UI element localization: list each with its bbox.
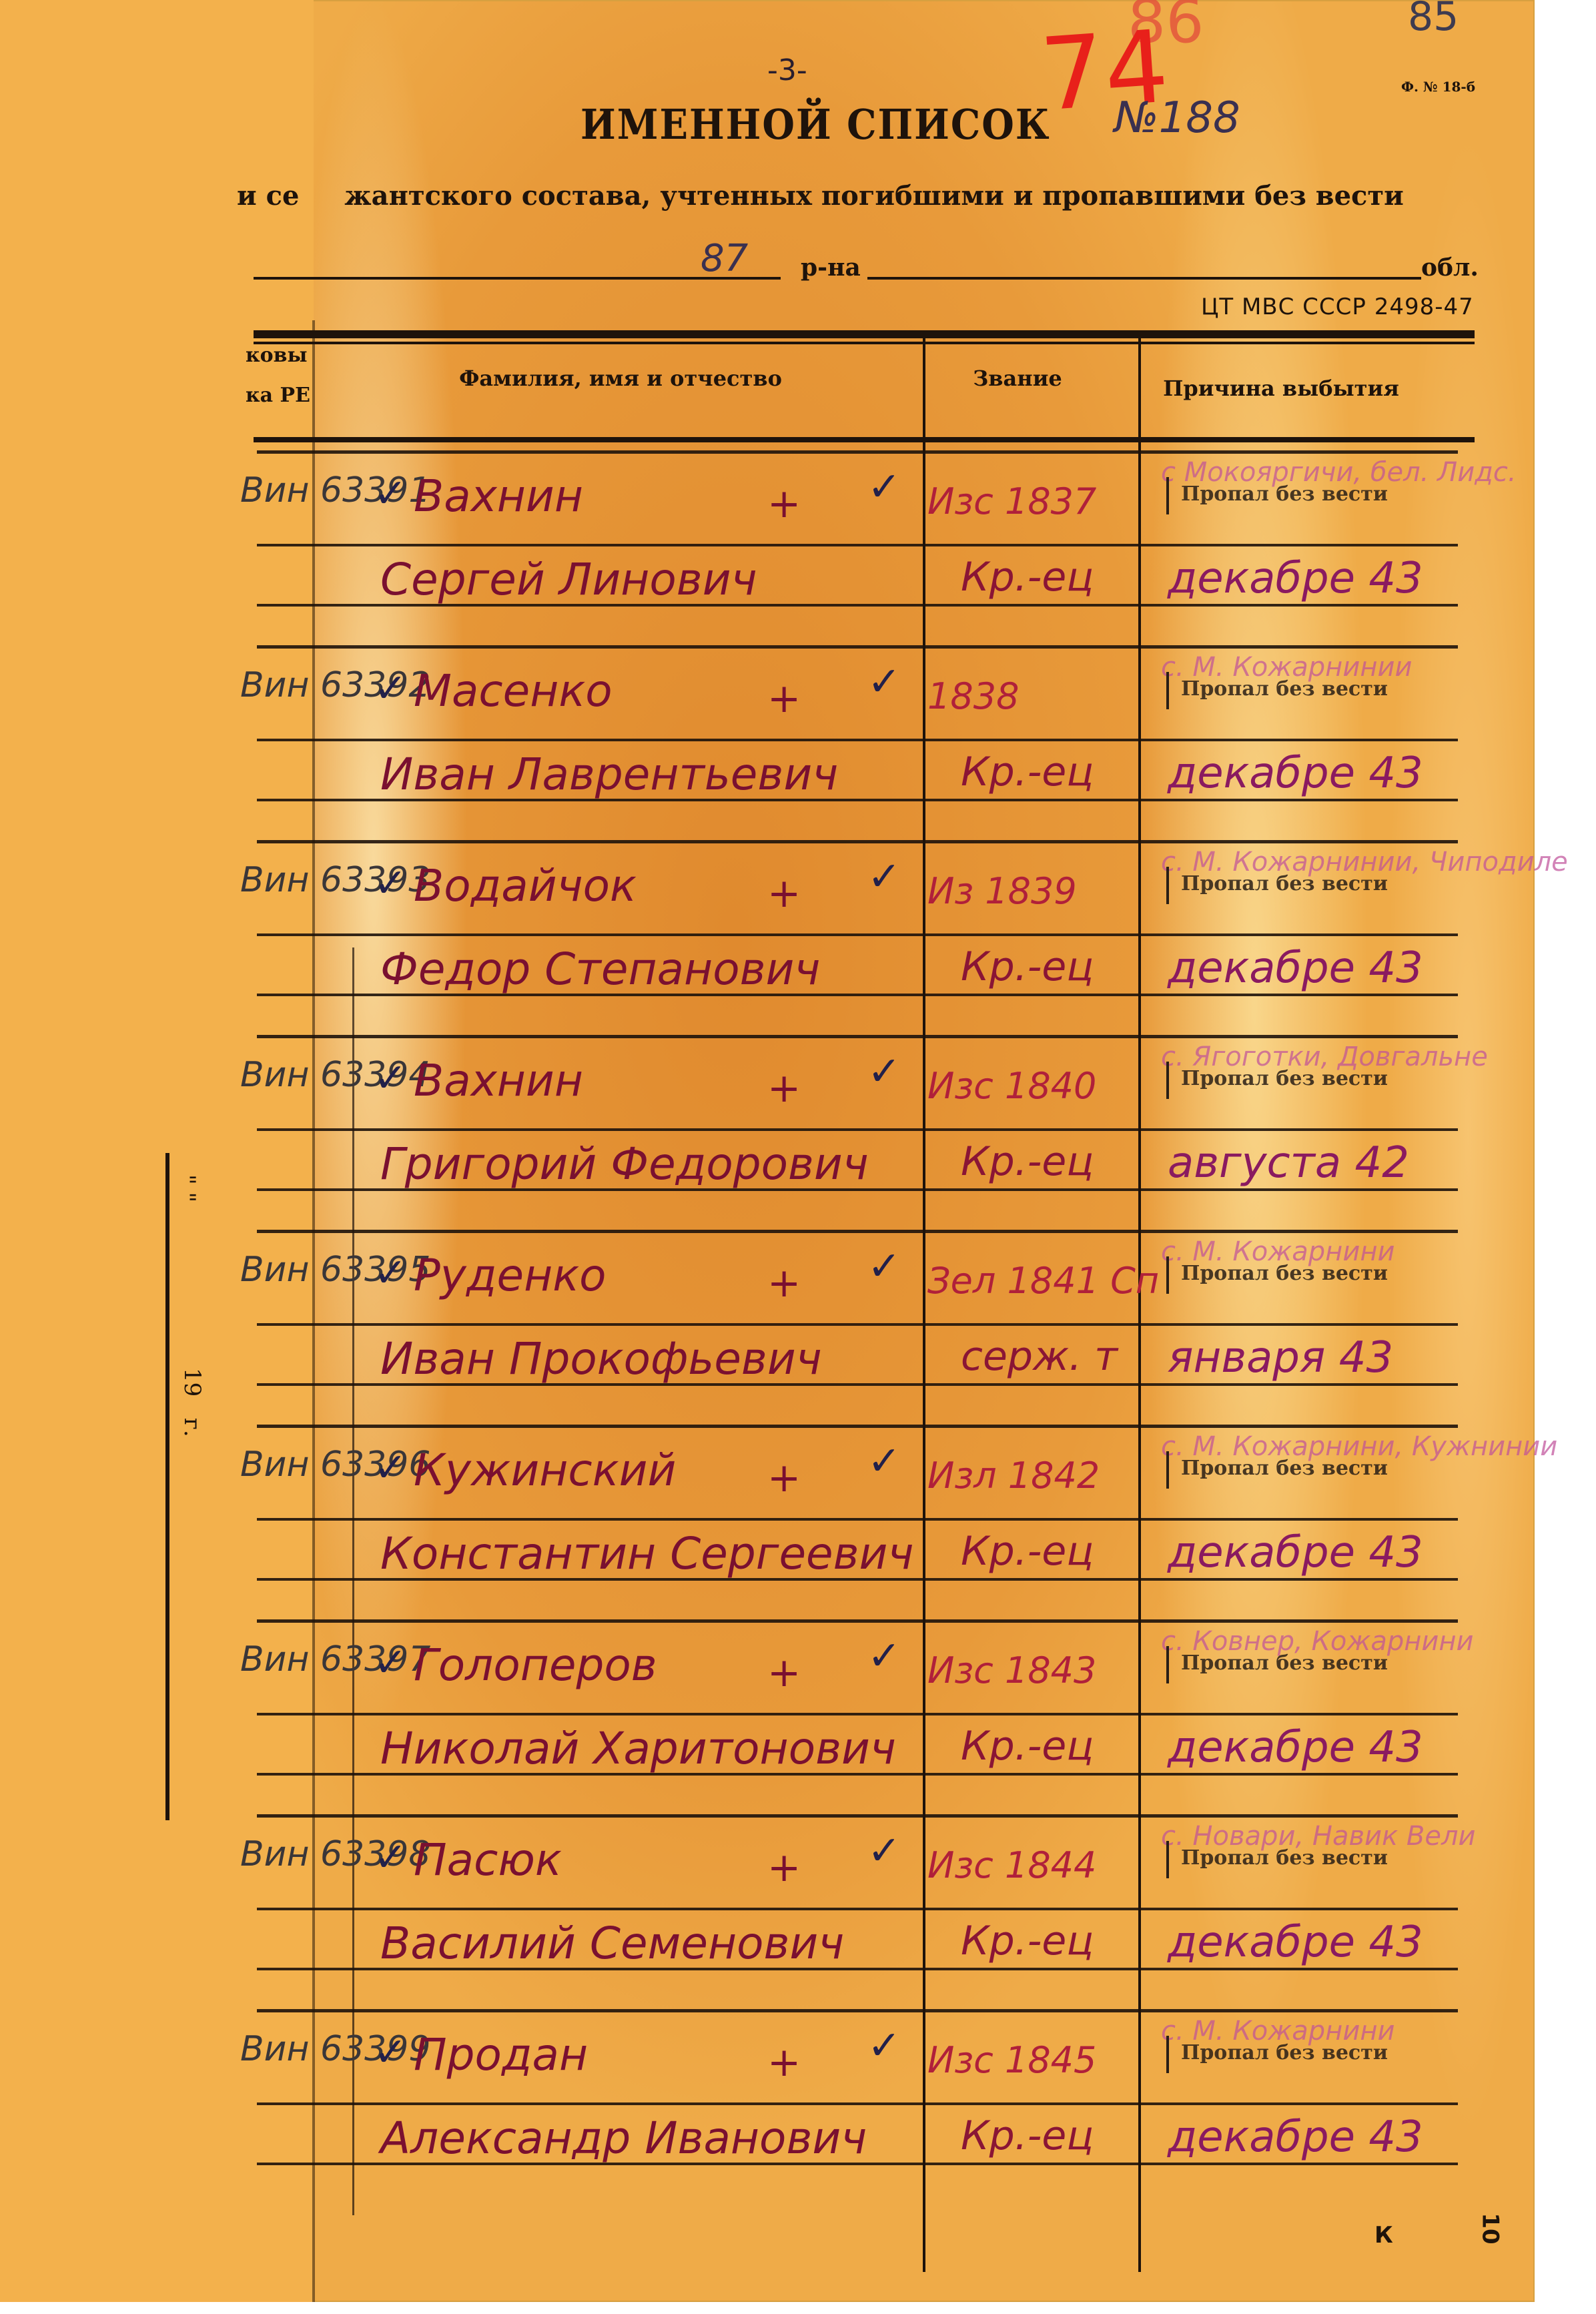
check-mark-icon: ✓ [867, 1633, 901, 1679]
given-name-patronymic: Александр Иванович [380, 2112, 867, 2164]
stamp-bracket [1166, 867, 1169, 904]
missing-date: декабре 43 [1168, 943, 1423, 993]
document-title: ИМЕННОЙ СПИСОК [580, 100, 1051, 149]
missing-date: декабре 43 [1168, 1918, 1423, 1967]
margin-vertical-line [165, 1153, 169, 1820]
missing-date: августа 42 [1168, 1138, 1409, 1188]
missing-date: декабре 43 [1168, 1723, 1423, 1772]
birth-year: Изс 1844 [927, 1844, 1096, 1886]
row-rule-mid [257, 2102, 1458, 2105]
corner-number: 85 [1408, 0, 1459, 40]
region-field-line [867, 277, 1421, 280]
rank: Кр.-ец [961, 1528, 1094, 1575]
row-rule-mid [257, 544, 1458, 546]
row-rule-top [257, 840, 1458, 843]
rank: Кр.-ец [961, 1918, 1094, 1964]
document-sheet: -3- 86 74 85 Ф. № 18-б ИМЕННОЙ СПИСОК №1… [0, 0, 1535, 2302]
cross-mark-icon: + [767, 1649, 801, 1696]
header-rule-bottom [254, 437, 1475, 442]
header-rule-top [254, 330, 1475, 338]
birth-year: Изс 1845 [927, 2039, 1096, 2081]
row-rule-top [257, 1035, 1458, 1038]
given-name-patronymic: Иван Лаврентьевич [380, 749, 838, 800]
surname: Водайчок [414, 860, 637, 911]
given-name-patronymic: Василий Семенович [380, 1918, 844, 1969]
footer-letter: К [1374, 2222, 1393, 2249]
surname: Кужинский [414, 1445, 676, 1496]
row-rule-mid [257, 739, 1458, 741]
header-rule-thin [254, 342, 1475, 344]
list-number: №188 [1114, 93, 1240, 143]
row-rule-top [257, 450, 1458, 454]
check-mark-icon: ✓ [867, 464, 901, 510]
margin-year-suffix: г. [179, 1418, 206, 1437]
check-mark-icon: ✓ [374, 1834, 407, 1881]
missing-stamp: Пропал без вести [1181, 677, 1388, 701]
left-col-head-1: ковы [246, 344, 308, 367]
row-rule-mid [257, 1323, 1458, 1326]
surname: Вахнин [414, 1055, 583, 1106]
surname: Вахнин [414, 470, 583, 522]
row-rule-top [257, 1619, 1458, 1623]
rank: Кр.-ец [961, 554, 1094, 601]
district-value: 87 [701, 237, 748, 280]
check-mark-icon: ✓ [374, 1445, 407, 1491]
rank: Кр.-ец [961, 2112, 1094, 2159]
check-mark-icon: ✓ [374, 665, 407, 712]
print-code: ЦТ МВС СССР 2498-47 [1201, 294, 1474, 320]
row-rule-top [257, 645, 1458, 649]
check-mark-icon: ✓ [374, 2029, 407, 2076]
check-mark-icon: ✓ [867, 1048, 901, 1095]
given-name-patronymic: Константин Сергеевич [380, 1528, 913, 1579]
check-mark-icon: ✓ [867, 1828, 901, 1874]
given-name-patronymic: Григорий Федорович [380, 1138, 869, 1190]
surname: Продан [414, 2029, 588, 2080]
check-mark-icon: ✓ [374, 860, 407, 907]
column-header-rank: Звание [921, 366, 1114, 391]
missing-stamp: Пропал без вести [1181, 2041, 1388, 2064]
missing-date: декабре 43 [1168, 749, 1423, 798]
region-label: обл. [1421, 254, 1479, 282]
check-mark-icon: ✓ [867, 1243, 901, 1290]
subtitle-text: жантского состава, учтенных погибшими и … [344, 180, 1404, 212]
cross-mark-icon: + [767, 675, 801, 722]
birth-year: Изс 1840 [927, 1065, 1096, 1107]
rank: Кр.-ец [961, 1723, 1094, 1770]
rank: Кр.-ец [961, 943, 1094, 990]
surname: Голоперов [414, 1639, 657, 1691]
district-label: р-на [801, 254, 861, 282]
check-mark-icon: ✓ [867, 2022, 901, 2069]
margin-year: 19 [179, 1368, 206, 1397]
subtitle-left-fragment: и се [237, 180, 299, 212]
row-rule-mid [257, 1908, 1458, 1910]
row-rule-mid [257, 1518, 1458, 1521]
column-divider-reason [1138, 337, 1141, 2272]
column-header-reason: Причина выбытия [1134, 376, 1428, 401]
check-mark-icon: ✓ [374, 1250, 407, 1296]
row-rule-top [257, 2009, 1458, 2012]
cross-mark-icon: + [767, 1844, 801, 1891]
given-name-patronymic: Николай Харитонович [380, 1723, 896, 1774]
check-mark-icon: ✓ [374, 1639, 407, 1686]
subtitle: и се жантского состава, учтенных погибши… [237, 180, 1404, 212]
birth-year: Из 1839 [927, 870, 1077, 912]
row-rule-top [257, 1814, 1458, 1818]
check-mark-icon: ✓ [374, 1055, 407, 1102]
birth-year: Зел 1841 Сп [927, 1260, 1159, 1302]
column-divider-left [352, 947, 354, 2215]
missing-stamp: Пропал без вести [1181, 1262, 1388, 1285]
cross-mark-icon: + [767, 1455, 801, 1501]
missing-stamp: Пропал без вести [1181, 482, 1388, 506]
page-edge [312, 320, 315, 2302]
stamp-bracket [1166, 1062, 1169, 1099]
missing-stamp: Пропал без вести [1181, 1846, 1388, 1870]
missing-stamp: Пропал без вести [1181, 872, 1388, 895]
check-mark-icon: ✓ [867, 853, 901, 900]
column-divider-rank [923, 337, 925, 2272]
row-rule-top [257, 1425, 1458, 1428]
cross-mark-icon: + [767, 480, 801, 527]
missing-date: декабре 43 [1168, 1528, 1423, 1577]
stamp-bracket [1166, 2036, 1169, 2073]
row-rule-mid [257, 1713, 1458, 1715]
page-number: -3- [767, 53, 807, 87]
rank: Кр.-ец [961, 749, 1094, 795]
footer-number: 10 [1477, 2213, 1504, 2244]
stamp-bracket [1166, 1256, 1169, 1294]
surname: Руденко [414, 1250, 607, 1301]
stamp-bracket [1166, 1451, 1169, 1489]
row-rule-top [257, 1230, 1458, 1233]
given-name-patronymic: Сергей Линович [380, 554, 757, 605]
given-name-patronymic: Федор Степанович [380, 943, 820, 995]
surname: Пасюк [414, 1834, 562, 1886]
cross-mark-icon: + [767, 2039, 801, 2086]
missing-stamp: Пропал без вести [1181, 1067, 1388, 1090]
missing-stamp: Пропал без вести [1181, 1651, 1388, 1675]
birth-year: Изс 1837 [927, 480, 1096, 522]
row-rule-mid [257, 1128, 1458, 1131]
stamp-bracket [1166, 672, 1169, 709]
stamp-bracket [1166, 477, 1169, 514]
missing-date: декабре 43 [1168, 2112, 1423, 2162]
stamp-bracket [1166, 1841, 1169, 1878]
rank: серж. т [961, 1333, 1118, 1380]
birth-year: 1838 [927, 675, 1019, 717]
missing-date: января 43 [1168, 1333, 1393, 1383]
form-code: Ф. № 18-б [1401, 79, 1475, 95]
rank: Кр.-ец [961, 1138, 1094, 1185]
cross-mark-icon: + [767, 1065, 801, 1112]
check-mark-icon: ✓ [374, 470, 407, 517]
cross-mark-icon: + [767, 870, 801, 917]
surname: Масенко [414, 665, 613, 717]
check-mark-icon: ✓ [867, 1438, 901, 1485]
check-mark-icon: ✓ [867, 659, 901, 705]
margin-quote: " " [173, 1174, 200, 1202]
row-rule-mid [257, 933, 1458, 936]
cross-mark-icon: + [767, 1260, 801, 1306]
missing-date: декабре 43 [1168, 554, 1423, 603]
given-name-patronymic: Иван Прокофьевич [380, 1333, 822, 1385]
left-col-head-2: ка РЕ [246, 384, 310, 407]
stamp-bracket [1166, 1646, 1169, 1683]
birth-year: Изс 1843 [927, 1649, 1096, 1691]
missing-stamp: Пропал без вести [1181, 1457, 1388, 1480]
column-header-name: Фамилия, имя и отчество [414, 366, 827, 391]
birth-year: Изл 1842 [927, 1455, 1100, 1497]
